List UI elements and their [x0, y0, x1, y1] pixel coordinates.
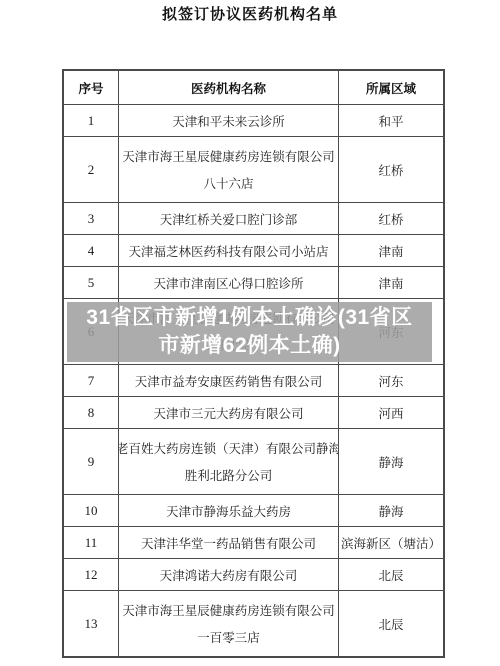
- table-row: 3天津红桥关爱口腔门诊部红桥: [64, 202, 443, 234]
- institution-name-line: 天津市三元大药房有限公司: [153, 404, 303, 422]
- region-cell: 静海: [339, 429, 443, 494]
- institution-name-line: 天津鸿诺大药房有限公司: [160, 566, 298, 584]
- table-row: 13天津市海王星辰健康药房连锁有限公司一百零三店北辰: [64, 590, 443, 656]
- table-row: 8天津市三元大药房有限公司河西: [64, 396, 443, 428]
- institution-name-cell: 天津市海王星辰健康药房连锁有限公司一百零三店: [119, 591, 339, 656]
- table-row: 2天津市海王星辰健康药房连锁有限公司八十六店红桥: [64, 136, 443, 202]
- document-title: 拟签订协议医药机构名单: [0, 3, 500, 24]
- row-number-cell: 10: [64, 495, 119, 526]
- table-row: 10天津市静海乐益大药房静海: [64, 494, 443, 526]
- table-row: 4天津福芝林医药科技有限公司小站店津南: [64, 234, 443, 266]
- row-number-cell: 8: [64, 397, 119, 428]
- region-cell: 静海: [339, 495, 443, 526]
- institution-name-line: 一百零三店: [197, 628, 260, 646]
- institution-name-line: 天津市海王星辰健康药房连锁有限公司: [122, 601, 335, 619]
- institution-name-cell: 天津市三元大药房有限公司: [119, 397, 339, 428]
- table-row: 5天津市津南区心得口腔诊所津南: [64, 266, 443, 298]
- headline-line-2: 市新增62例本土确): [158, 332, 340, 360]
- row-number-cell: 5: [64, 267, 119, 298]
- institution-name-cell: 天津沣华堂一药品销售有限公司: [119, 527, 339, 558]
- institution-name-line: 天津和平未来云诊所: [172, 112, 285, 130]
- institution-name-cell: 天津和平未来云诊所: [119, 105, 339, 136]
- institution-name-cell: 天津鸿诺大药房有限公司: [119, 559, 339, 590]
- region-cell: 津南: [339, 267, 443, 298]
- institution-name-cell: 天津市静海乐益大药房: [119, 495, 339, 526]
- table-header-row: 序号医药机构名称所属区域: [64, 71, 443, 104]
- table-row: 1天津和平未来云诊所和平: [64, 104, 443, 136]
- institution-name-cell: 天津市海王星辰健康药房连锁有限公司八十六店: [119, 137, 339, 202]
- table-row: 9老百姓大药房连锁（天津）有限公司静海胜利北路分公司静海: [64, 428, 443, 494]
- row-number-cell: 2: [64, 137, 119, 202]
- table-row: 12天津鸿诺大药房有限公司北辰: [64, 558, 443, 590]
- institution-name-cell: 天津福芝林医药科技有限公司小站店: [119, 235, 339, 266]
- region-cell: 河东: [339, 365, 443, 396]
- header-cell: 序号: [64, 71, 119, 104]
- region-cell: 北辰: [339, 591, 443, 656]
- institution-name-line: 天津市静海乐益大药房: [166, 502, 291, 520]
- institution-name-line: 老百姓大药房连锁（天津）有限公司静海: [119, 439, 339, 457]
- region-cell: 红桥: [339, 137, 443, 202]
- institution-name-line: 天津市津南区心得口腔诊所: [153, 274, 303, 292]
- region-cell: 和平: [339, 105, 443, 136]
- institutions-table: 序号医药机构名称所属区域1天津和平未来云诊所和平2天津市海王星辰健康药房连锁有限…: [62, 69, 445, 658]
- institution-name-line: 胜利北路分公司: [185, 466, 273, 484]
- institution-name-line: 天津市益寿安康医药销售有限公司: [135, 372, 323, 390]
- institution-name-line: 天津市海王星辰健康药房连锁有限公司: [122, 147, 335, 165]
- row-number-cell: 1: [64, 105, 119, 136]
- row-number-cell: 4: [64, 235, 119, 266]
- region-cell: 津南: [339, 235, 443, 266]
- header-cell: 医药机构名称: [119, 71, 339, 104]
- institution-name-line: 天津红桥关爱口腔门诊部: [160, 210, 298, 228]
- table-row: 7天津市益寿安康医药销售有限公司河东: [64, 364, 443, 396]
- row-number-cell: 12: [64, 559, 119, 590]
- region-cell: 河西: [339, 397, 443, 428]
- institution-name-cell: 天津市益寿安康医药销售有限公司: [119, 365, 339, 396]
- institution-name-cell: 天津红桥关爱口腔门诊部: [119, 203, 339, 234]
- row-number-cell: 7: [64, 365, 119, 396]
- institution-name-line: 天津福芝林医药科技有限公司小站店: [128, 242, 328, 260]
- region-cell: 红桥: [339, 203, 443, 234]
- institution-name-cell: 老百姓大药房连锁（天津）有限公司静海胜利北路分公司: [119, 429, 339, 494]
- header-cell: 所属区域: [339, 71, 443, 104]
- region-cell: 北辰: [339, 559, 443, 590]
- row-number-cell: 9: [64, 429, 119, 494]
- table-row: 11天津沣华堂一药品销售有限公司滨海新区（塘沽）: [64, 526, 443, 558]
- row-number-cell: 3: [64, 203, 119, 234]
- row-number-cell: 11: [64, 527, 119, 558]
- institution-name-line: 八十六店: [203, 174, 253, 192]
- institution-name-line: 天津沣华堂一药品销售有限公司: [141, 534, 316, 552]
- row-number-cell: 13: [64, 591, 119, 656]
- institution-name-cell: 天津市津南区心得口腔诊所: [119, 267, 339, 298]
- news-headline-overlay: 31省区市新增1例本土确诊(31省区 市新增62例本土确): [67, 302, 432, 362]
- headline-line-1: 31省区市新增1例本土确诊(31省区: [86, 304, 412, 332]
- region-cell: 滨海新区（塘沽）: [339, 527, 443, 558]
